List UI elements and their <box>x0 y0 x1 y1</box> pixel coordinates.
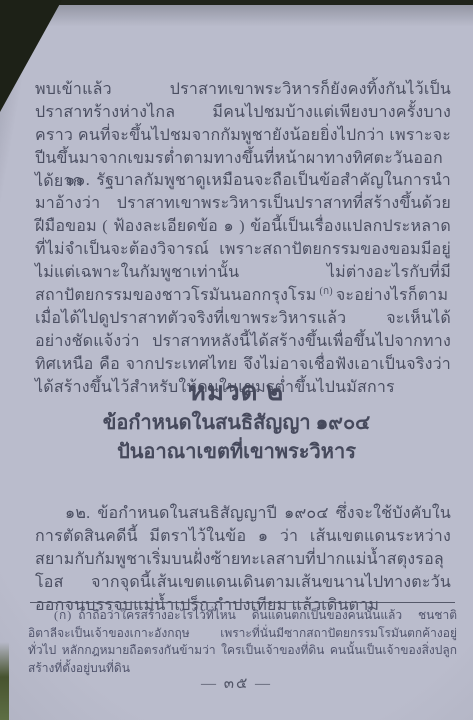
paragraph-11: ๑๑. รัฐบาลกัมพูชาดูเหมือนจะถือเป็นข้อสำค… <box>35 169 451 399</box>
chapter-heading: หมวด ๒ ข้อกำหนดในสนธิสัญญา ๑๙๐๔ ปันอาณาเ… <box>0 375 473 467</box>
footnote-marker: (ก) <box>54 608 72 622</box>
paragraph-11-text-before-footnote-marker: ๑๑. รัฐบาลกัมพูชาดูเหมือนจะถือเป็นข้อสำค… <box>35 172 451 304</box>
page-number: — ๓๕ — <box>0 671 473 695</box>
footnote-reference-marker: (ก) <box>320 286 333 297</box>
book-page: พบเข้าแล้ว ปราสาทเขาพระวิหารก็ยังคงทิ้งก… <box>0 5 473 720</box>
chapter-subtitle-line2: ปันอาณาเขตที่เขาพระวิหาร <box>0 438 473 467</box>
footnote-text: ถ้าถือว่าใครสร้างอะไรไว้ที่ไหน ดินแดนตกเ… <box>28 608 457 675</box>
spine-edge-strip <box>0 642 9 720</box>
footnote: (ก)ถ้าถือว่าใครสร้างอะไรไว้ที่ไหน ดินแดน… <box>28 607 457 677</box>
chapter-title: หมวด ๒ <box>0 375 473 409</box>
scan-background: พบเข้าแล้ว ปราสาทเขาพระวิหารก็ยังคงทิ้งก… <box>0 0 473 720</box>
chapter-subtitle-line1: ข้อกำหนดในสนธิสัญญา ๑๙๐๔ <box>0 409 473 438</box>
paragraph-12: ๑๒. ข้อกำหนดในสนธิสัญญาปี ๑๙๐๔ ซึ่งจะใช้… <box>35 502 451 617</box>
footnote-separator-rule <box>30 602 455 603</box>
